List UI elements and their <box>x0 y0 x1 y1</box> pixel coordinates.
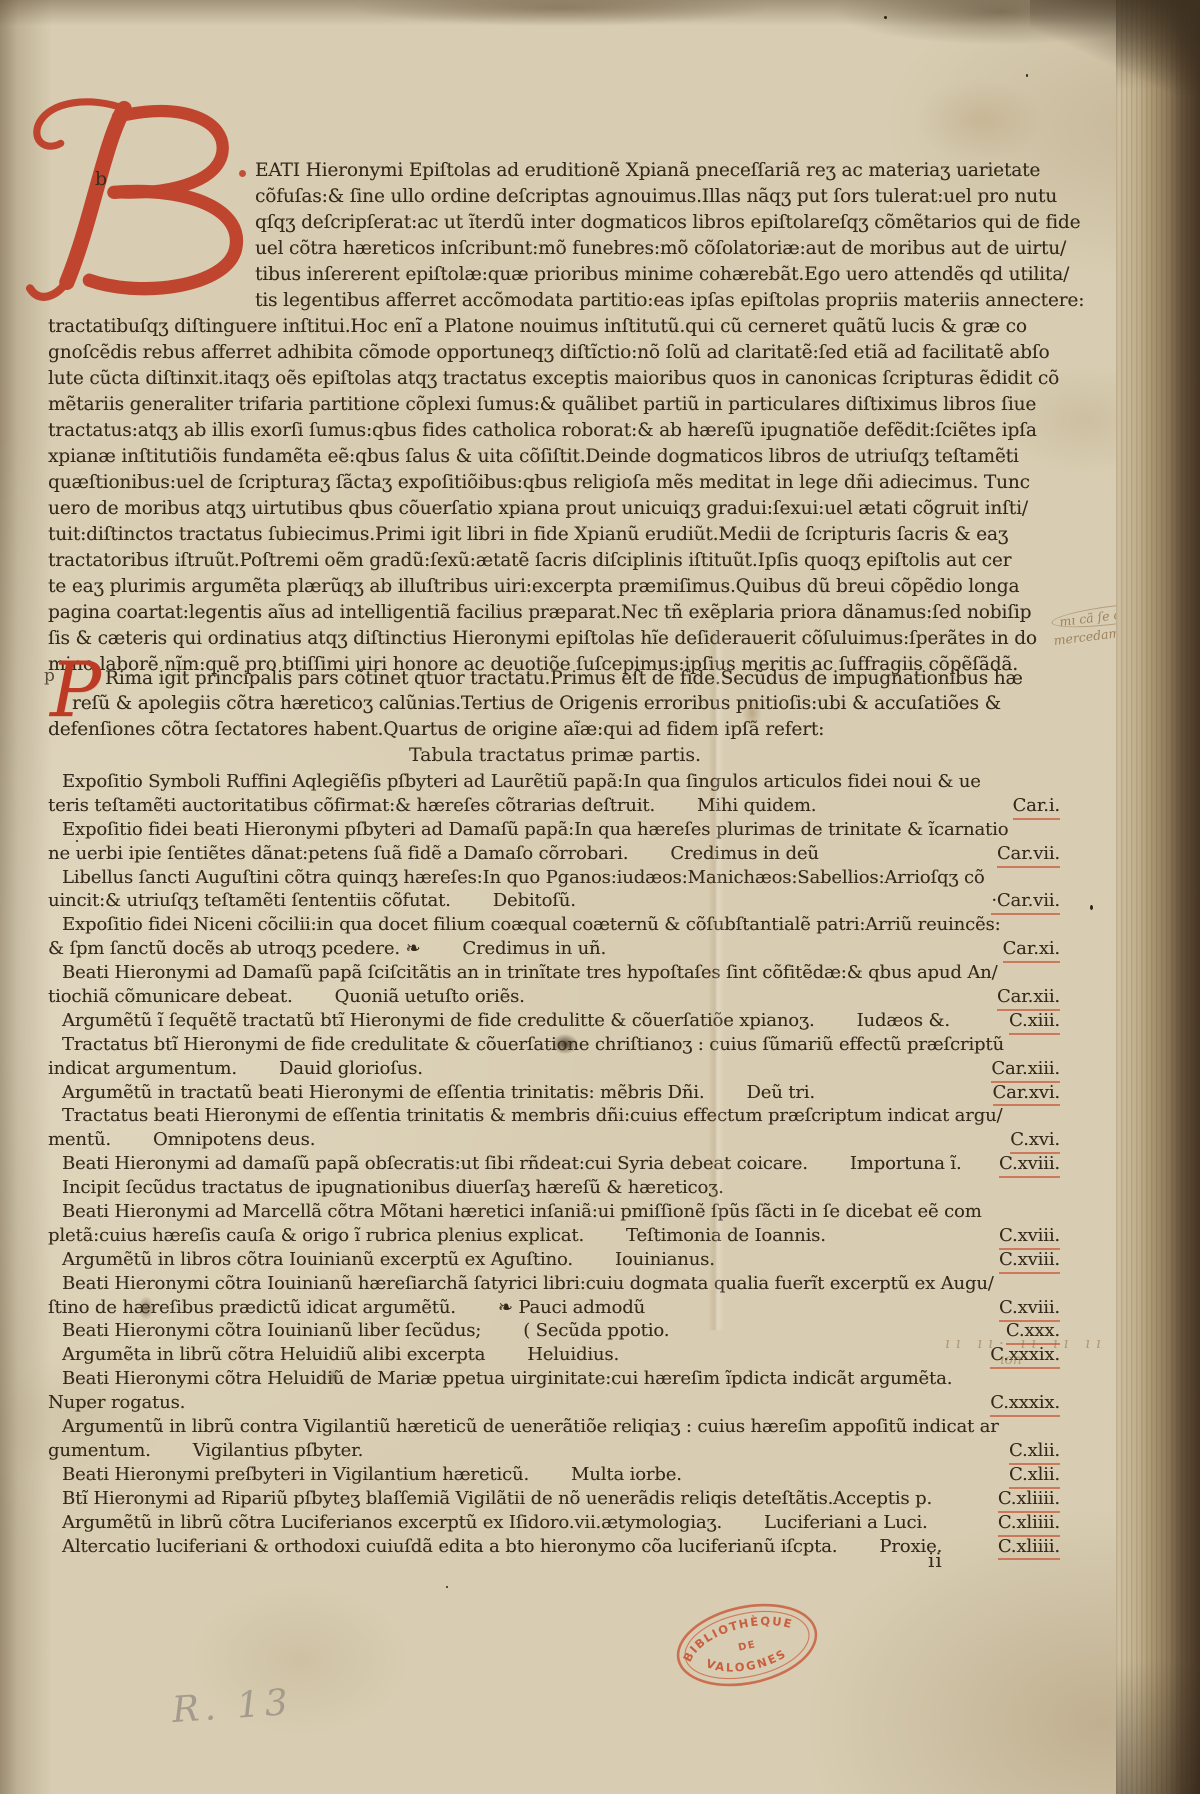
chapter-ref: Car.xi. <box>1003 937 1060 963</box>
dust-speck <box>446 1586 448 1588</box>
toc-row: Incipit ſecũdus tractatus de ipugnationi… <box>48 1176 1062 1200</box>
toc-entry-text: Expoſitio Symboli Ruffini Aqlegiẽſis pſb… <box>62 770 981 794</box>
chapter-ref: C.xlii. <box>1009 1439 1060 1465</box>
toc-row: Beati Hieronymi preſbyteri in Vigilantiu… <box>48 1463 1062 1487</box>
paragraph-indented-lines: EATI Hieronymi Epiſtolas ad eruditionẽ X… <box>255 158 1062 314</box>
text-line: Rima igit principalis pars cõtinet qtuor… <box>105 666 1062 691</box>
ink-smudge <box>138 1296 154 1320</box>
toc-entry-text: Beati Hieronymi cõtra Heluidiũ de Mariæ … <box>62 1367 952 1391</box>
toc-entry-text: Nuper rogatus. <box>48 1392 185 1413</box>
incipit: Dauid glorioſus. <box>279 1058 423 1079</box>
chapter-ref: Car.xiii. <box>991 1057 1060 1083</box>
dust-speck <box>884 16 887 19</box>
toc-entry-text: Expoſitio fidei Niceni cõcilii:in qua do… <box>62 913 1001 937</box>
pencil-shelfmark: R. 13 <box>171 1682 294 1731</box>
chapter-ref: Car.i. <box>1013 794 1060 820</box>
toc-row: Beati Hieronymi cõtra Iouinianũ hæreſiar… <box>48 1272 1062 1296</box>
toc-entry-text: Beati Hieronymi cõtra Iouinianũ liber ſe… <box>62 1319 481 1343</box>
toc-entry-text: Beati Hieronymi preſbyteri in Vigilantiu… <box>62 1463 529 1487</box>
chapter-ref: C.xviii. <box>999 1224 1060 1250</box>
toc-row: tiochiã cõmunicare debeat.Quoniã uetuſto… <box>48 985 1062 1009</box>
stamp-middle-text: DE <box>737 1639 757 1654</box>
toc-entry-text: Beati Hieronymi cõtra Iouinianũ hæreſiar… <box>62 1272 994 1296</box>
incipit: Heluidius. <box>527 1344 619 1365</box>
text-line: quæſtionibus:uel de ſcripturaʒ ſãctaʒ ex… <box>48 470 1062 496</box>
chapter-ref: C.xvi. <box>1010 1128 1060 1154</box>
incipit: ( Secũda ppotio. <box>523 1320 669 1341</box>
toc-row: Altercatio luciferiani & orthodoxi cuiuſ… <box>48 1535 1062 1559</box>
toc-row: Beati Hieronymi ad Damaſũ papã ſciſcitãt… <box>48 961 1062 985</box>
toc-row: Argumẽta in librũ cõtra Heluidiũ alibi e… <box>48 1343 1062 1367</box>
toc-entry-text: & ſpm ſanctũ docẽs ab utroqʒ pcedere. ❧ <box>48 938 420 959</box>
toc-row: Libellus ſancti Auguſtini cõtra quinqʒ h… <box>48 866 1062 890</box>
table-of-contents: Expoſitio Symboli Ruffini Aqlegiẽſis pſb… <box>48 770 1062 1558</box>
toc-entry-text: Libellus ſancti Auguſtini cõtra quinqʒ h… <box>62 866 985 890</box>
dust-speck <box>76 840 78 842</box>
chapter-ref: C.xviii. <box>999 1296 1060 1322</box>
chapter-ref: C.xxxix. <box>990 1391 1060 1417</box>
toc-entry-text: Btĩ Hieronymi ad Ripariũ pſbyteʒ blaſſem… <box>62 1487 932 1511</box>
toc-row: teris teſtamẽti auctoritatibus cõfirmat:… <box>48 794 1062 818</box>
incipit: Credimus in uñ. <box>462 938 606 959</box>
chapter-ref: Car.vii. <box>997 842 1060 868</box>
cover-corner-shadow <box>1030 0 1200 95</box>
incipit: Credimus in deũ <box>670 843 819 864</box>
toc-entry-text: ne uerbi ipie ſentiẽtes dãnat:petens ſuã… <box>48 843 628 864</box>
toc-entry-text: Beati Hieronymi ad damaſũ papã obſecrati… <box>62 1152 808 1176</box>
incipit: Multa iorbe. <box>571 1464 682 1485</box>
text-line: tractatus:atqʒ ab illis exorſi ſumus:qbu… <box>48 418 1062 444</box>
incipit: Deũ tri. <box>746 1082 815 1103</box>
text-line: tuit:diſtinctos tractatus ſubiecimus.Pri… <box>48 522 1062 548</box>
book-page-edges <box>1116 0 1200 1794</box>
text-line: defenſiones cõtra ſectatores habent.Quar… <box>48 717 1062 742</box>
chapter-ref: C.xliiii. <box>998 1535 1060 1561</box>
incipit: Teſtimonia de Ioannis. <box>626 1225 826 1246</box>
chapter-ref: C.xviii. <box>999 1248 1060 1274</box>
toc-row: uincit:& utriuſqʒ teſtamẽti ſententiis c… <box>48 889 1062 913</box>
tabula-heading: Tabula tractatus primæ partis. <box>48 744 1062 766</box>
toc-entry-text: Beati Hieronymi ad Marcellã cõtra Mõtani… <box>62 1200 982 1224</box>
text-line: pagina coartat:legentis aĩus ad intellig… <box>48 600 1062 626</box>
toc-entry-text: Tractatus beati Hieronymi de eſſentia tr… <box>62 1104 1002 1128</box>
toc-row: Expoſitio fidei Niceni cõcilii:in qua do… <box>48 913 1062 937</box>
toc-row: Tractatus beati Hieronymi de eſſentia tr… <box>48 1104 1062 1128</box>
main-paragraph: EATI Hieronymi Epiſtolas ad eruditionẽ X… <box>48 158 1062 678</box>
text-line: tibus inſererent epiſtolæ:quæ prioribus … <box>255 262 1062 288</box>
toc-entry-text: teris teſtamẽti auctoritatibus cõfirmat:… <box>48 795 655 816</box>
toc-entry-text: gumentum. <box>48 1440 151 1461</box>
incipit: Omnipotens deus. <box>153 1129 315 1150</box>
incipit: Iouinianus. <box>615 1249 715 1270</box>
toc-row: Beati Hieronymi cõtra Iouinianũ liber ſe… <box>48 1319 1062 1343</box>
text-line: mẽtariis generaliter trifaria partitione… <box>48 392 1062 418</box>
chapter-ref: ·Car.vii. <box>991 889 1060 915</box>
second-paragraph: Rima igit principalis pars cõtinet qtuor… <box>48 666 1062 742</box>
folio-signature: ii <box>928 1548 943 1572</box>
incipit: Debitoſũ. <box>493 890 576 911</box>
toc-row: Expoſitio Symboli Ruffini Aqlegiẽſis pſb… <box>48 770 1062 794</box>
toc-entry-text: Argumentũ in librũ contra Vigilantiũ hær… <box>62 1415 999 1439</box>
page-scan: b EATI Hieronymi Epiſtolas ad eruditionẽ… <box>0 0 1200 1794</box>
library-stamp: BIBLIOTHÈQUE DE VALOGNES <box>665 1587 830 1702</box>
toc-row: gumentum.Vigilantius pſbyter.C.xlii. <box>48 1439 1062 1463</box>
chapter-ref: Car.xii. <box>997 985 1060 1011</box>
text-line: tis legentibus afferret accõmodata parti… <box>255 288 1062 314</box>
chapter-ref: C.xiii. <box>1009 1009 1060 1035</box>
text-line: tractatoribus iſtruũt.Poſtremi oẽm gradũ… <box>48 548 1062 574</box>
toc-entry-text: pletã:cuius hæreſis cauſa & origo ĩ rubr… <box>48 1225 584 1246</box>
text-line: EATI Hieronymi Epiſtolas ad eruditionẽ X… <box>255 158 1062 184</box>
toc-row: & ſpm ſanctũ docẽs ab utroqʒ pcedere. ❧C… <box>48 937 1062 961</box>
toc-row: pletã:cuius hæreſis cauſa & origo ĩ rubr… <box>48 1224 1062 1248</box>
toc-row: Argumẽtũ ĩ ſequẽtẽ tractatũ btĩ Hieronym… <box>48 1009 1062 1033</box>
incipit: Vigilantius pſbyter. <box>193 1440 363 1461</box>
pen-show-through-mark: ıon <box>1000 1352 1022 1368</box>
chapter-ref: Car.xvi. <box>993 1081 1060 1107</box>
toc-row: Beati Hieronymi ad damaſũ papã obſecrati… <box>48 1152 1062 1176</box>
toc-entry-text: Argumẽtũ ĩ ſequẽtẽ tractatũ btĩ Hieronym… <box>62 1009 815 1033</box>
chapter-ref: C.xviii. <box>999 1152 1060 1178</box>
toc-entry-text: Argumẽtũ in libros cõtra Iouinianũ excer… <box>62 1248 573 1272</box>
chapter-ref: C.xliiii. <box>998 1487 1060 1513</box>
incipit: Iudæos &. <box>857 1010 950 1031</box>
chapter-ref: C.xliiii. <box>998 1511 1060 1537</box>
paper-stain <box>742 698 762 728</box>
toc-entry-text: Beati Hieronymi ad Damaſũ papã ſciſcitãt… <box>62 961 998 985</box>
toc-row: mentũ.Omnipotens deus.C.xvi. <box>48 1128 1062 1152</box>
toc-row: Argumẽtũ in libros cõtra Iouinianũ excer… <box>48 1248 1062 1272</box>
toc-row: Argumẽtũ in librũ cõtra Luciferianos exc… <box>48 1511 1062 1535</box>
toc-row: ſtino de hæreſibus prædictũ idicat argum… <box>48 1296 1062 1320</box>
toc-row: Argumẽtũ in tractatũ beati Hieronymi de … <box>48 1081 1062 1105</box>
text-line: te eaʒ plurimis argumẽta plærũqʒ ab illu… <box>48 574 1062 600</box>
pen-tick-marks: ıı ıı· ıı ıı ıı <box>945 1334 1107 1352</box>
text-line: uero de moribus atqʒ uirtutibus qbus cõu… <box>48 496 1062 522</box>
ink-blot <box>552 1034 578 1054</box>
incipit: Importuna ĩ. <box>850 1153 962 1174</box>
toc-entry-text: ſtino de hæreſibus prædictũ idicat argum… <box>48 1297 456 1318</box>
text-line: lute cũcta diſtinxit.itaqʒ oẽs epiſtolas… <box>48 366 1062 392</box>
toc-entry-text: mentũ. <box>48 1129 111 1150</box>
incipit: ❧ Pauci admodũ <box>498 1297 645 1318</box>
paragraph-full-lines: tractatibuſqʒ diſtinguere inſtitui.Hoc e… <box>48 314 1062 678</box>
toc-row: Beati Hieronymi cõtra Heluidiũ de Mariæ … <box>48 1367 1062 1391</box>
toc-row: Beati Hieronymi ad Marcellã cõtra Mõtani… <box>48 1200 1062 1224</box>
chapter-ref: C.xlii. <box>1009 1463 1060 1489</box>
toc-entry-text: Argumẽtũ in tractatũ beati Hieronymi de … <box>62 1081 704 1105</box>
toc-row: ne uerbi ipie ſentiẽtes dãnat:petens ſuã… <box>48 842 1062 866</box>
toc-entry-text: Argumẽta in librũ cõtra Heluidiũ alibi e… <box>62 1343 485 1367</box>
toc-entry-text: Altercatio luciferiani & orthodoxi cuiuſ… <box>62 1535 837 1559</box>
toc-row: Nuper rogatus.C.xxxix. <box>48 1391 1062 1415</box>
toc-entry-text: Incipit ſecũdus tractatus de ipugnationi… <box>62 1176 724 1200</box>
toc-entry-text: Tractatus btĩ Hieronymi de fide credulit… <box>62 1033 1004 1057</box>
toc-entry-text: Argumẽtũ in librũ cõtra Luciferianos exc… <box>62 1511 722 1535</box>
incipit: Luciferiani a Luci. <box>764 1512 928 1533</box>
toc-row: indicat argumentum.Dauid glorioſus.Car.x… <box>48 1057 1062 1081</box>
ink-smudge <box>326 1368 340 1386</box>
text-line: uel cõtra hæreticos inſcribunt:mõ funebr… <box>255 236 1062 262</box>
text-line: cõfuſas:& ſine ullo ordine deſcriptas ag… <box>255 184 1062 210</box>
text-line: xpianæ inſtitutiõis fundamẽta eẽ:qbus ſa… <box>48 444 1062 470</box>
toc-entry-text: Expoſitio fidei beati Hieronymi pſbyteri… <box>62 818 1008 842</box>
text-line: tractatibuſqʒ diſtinguere inſtitui.Hoc e… <box>48 314 1062 340</box>
dust-speck <box>1090 905 1093 910</box>
toc-row: Argumentũ in librũ contra Vigilantiũ hær… <box>48 1415 1062 1439</box>
toc-entry-text: uincit:& utriuſqʒ teſtamẽti ſententiis c… <box>48 890 451 911</box>
toc-entry-text: tiochiã cõmunicare debeat. <box>48 986 293 1007</box>
text-line: qſqʒ deſcripſerat:ac ut ĩterdũ inter dog… <box>255 210 1062 236</box>
text-line: ſis & cæteris qui ordinatius atqʒ diſtin… <box>48 626 1062 652</box>
toc-entry-text: indicat argumentum. <box>48 1058 237 1079</box>
vertical-crease <box>708 630 724 1330</box>
text-line: reſũ & apolegiis cõtra hæreticoʒ calũnia… <box>72 691 1062 716</box>
text-line: gnoſcẽdis rebus afferret adhibita cõmode… <box>48 340 1062 366</box>
toc-row: Btĩ Hieronymi ad Ripariũ pſbyteʒ blaſſem… <box>48 1487 1062 1511</box>
incipit: Quoniã uetuſto oriẽs. <box>335 986 525 1007</box>
toc-row: Expoſitio fidei beati Hieronymi pſbyteri… <box>48 818 1062 842</box>
dust-speck <box>1026 74 1028 77</box>
